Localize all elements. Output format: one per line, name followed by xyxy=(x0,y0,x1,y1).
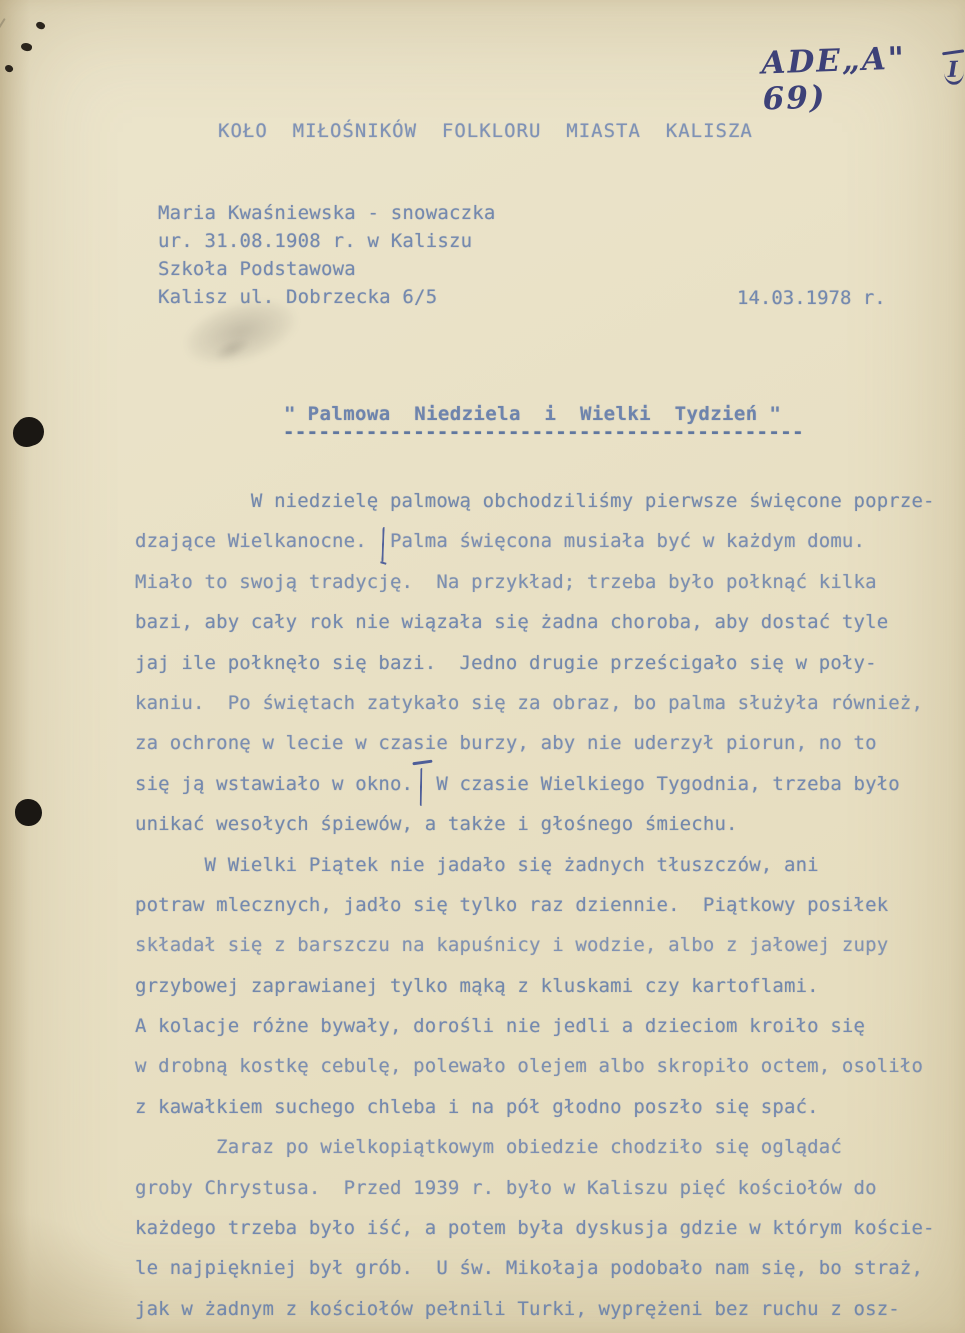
corner-ink-speck xyxy=(35,20,46,31)
body-line: w drobną kostkę cebulę, polewało olejem … xyxy=(135,1046,935,1086)
archival-reference-handwriting: ADE„A" 69) I xyxy=(761,38,965,117)
roman-numeral: I xyxy=(943,57,964,85)
fraction-bar xyxy=(942,49,964,55)
body-line: A kolacje różne bywały, dorośli nie jedl… xyxy=(135,1006,935,1046)
body-line: Zaraz po wielkopiątkowym obiedzie chodzi… xyxy=(135,1127,935,1167)
body-line: jak w żadnym z kościołów pełnili Turki, … xyxy=(135,1289,935,1329)
organization-header: KOŁO MIŁOŚNIKÓW FOLKLORU MIASTA KALISZA xyxy=(218,120,753,142)
body-line: dzające Wielkanocne. Palma święcona musi… xyxy=(135,521,935,561)
body-text: W niedzielę palmową obchodziliśmy pierws… xyxy=(135,481,935,1329)
pencil-smudge-small xyxy=(210,332,254,365)
body-line: grzybowej zaprawianej tylko mąką z klusk… xyxy=(135,966,935,1006)
paper-left-edge-shadow xyxy=(0,0,30,1333)
body-line: potraw mlecznych, jadło się tylko raz dz… xyxy=(135,885,935,925)
author-address: Kalisz ul. Dobrzecka 6/5 xyxy=(158,286,437,308)
body-line: groby Chrystusa. Przed 1939 r. było w Ka… xyxy=(135,1168,935,1208)
scanned-document-page: { "document": { "archival_note": { "code… xyxy=(0,0,965,1333)
punch-hole-top xyxy=(15,417,44,446)
body-line: się ją wstawiało w okno. W czasie Wielki… xyxy=(135,764,935,804)
body-line: le najpiękniej był grób. U św. Mikołaja … xyxy=(135,1248,935,1288)
body-line: Miało to swoją tradycję. Na przykład; tr… xyxy=(135,562,935,602)
body-line: składał się z barszczu na kapuśnicy i wo… xyxy=(135,925,935,965)
body-line: W Wielki Piątek nie jadało się żadnych t… xyxy=(135,845,935,885)
body-line: z kawałkiem suchego chleba i na pół głod… xyxy=(135,1087,935,1127)
author-school: Szkoła Podstawowa xyxy=(158,258,356,280)
pen-bracket-mark-1 xyxy=(381,527,388,562)
body-line: bazi, aby cały rok nie wiązała się żadna… xyxy=(135,602,935,642)
body-line: każdego trzeba było iść, a potem była dy… xyxy=(135,1208,935,1248)
corner-ink-speck xyxy=(4,63,15,74)
author-name: Maria Kwaśniewska - snowaczka xyxy=(158,202,496,224)
author-birth: ur. 31.08.1908 r. w Kaliszu xyxy=(158,230,472,252)
pen-bracket-mark-2 xyxy=(420,768,427,806)
document-date: 14.03.1978 r. xyxy=(737,287,886,309)
title-underline: ----------------------------------------… xyxy=(283,421,804,443)
corner-scratch-mark xyxy=(0,18,5,71)
body-line: jaj ile połknęło się bazi. Jedno drugie … xyxy=(135,643,935,683)
body-line: W niedzielę palmową obchodziliśmy pierws… xyxy=(135,481,935,521)
corner-stain xyxy=(0,1210,150,1333)
punch-hole-bottom xyxy=(15,799,42,826)
body-line: kaniu. Po świętach zatykało się za obraz… xyxy=(135,683,935,723)
corner-ink-speck xyxy=(20,41,33,52)
body-line: za ochronę w lecie w czasie burzy, aby n… xyxy=(135,723,935,763)
archival-code: ADE„A" 69) xyxy=(761,39,942,117)
archival-fraction: I xyxy=(942,36,965,85)
body-line: unikać wesołych śpiewów, a także i głośn… xyxy=(135,804,935,844)
